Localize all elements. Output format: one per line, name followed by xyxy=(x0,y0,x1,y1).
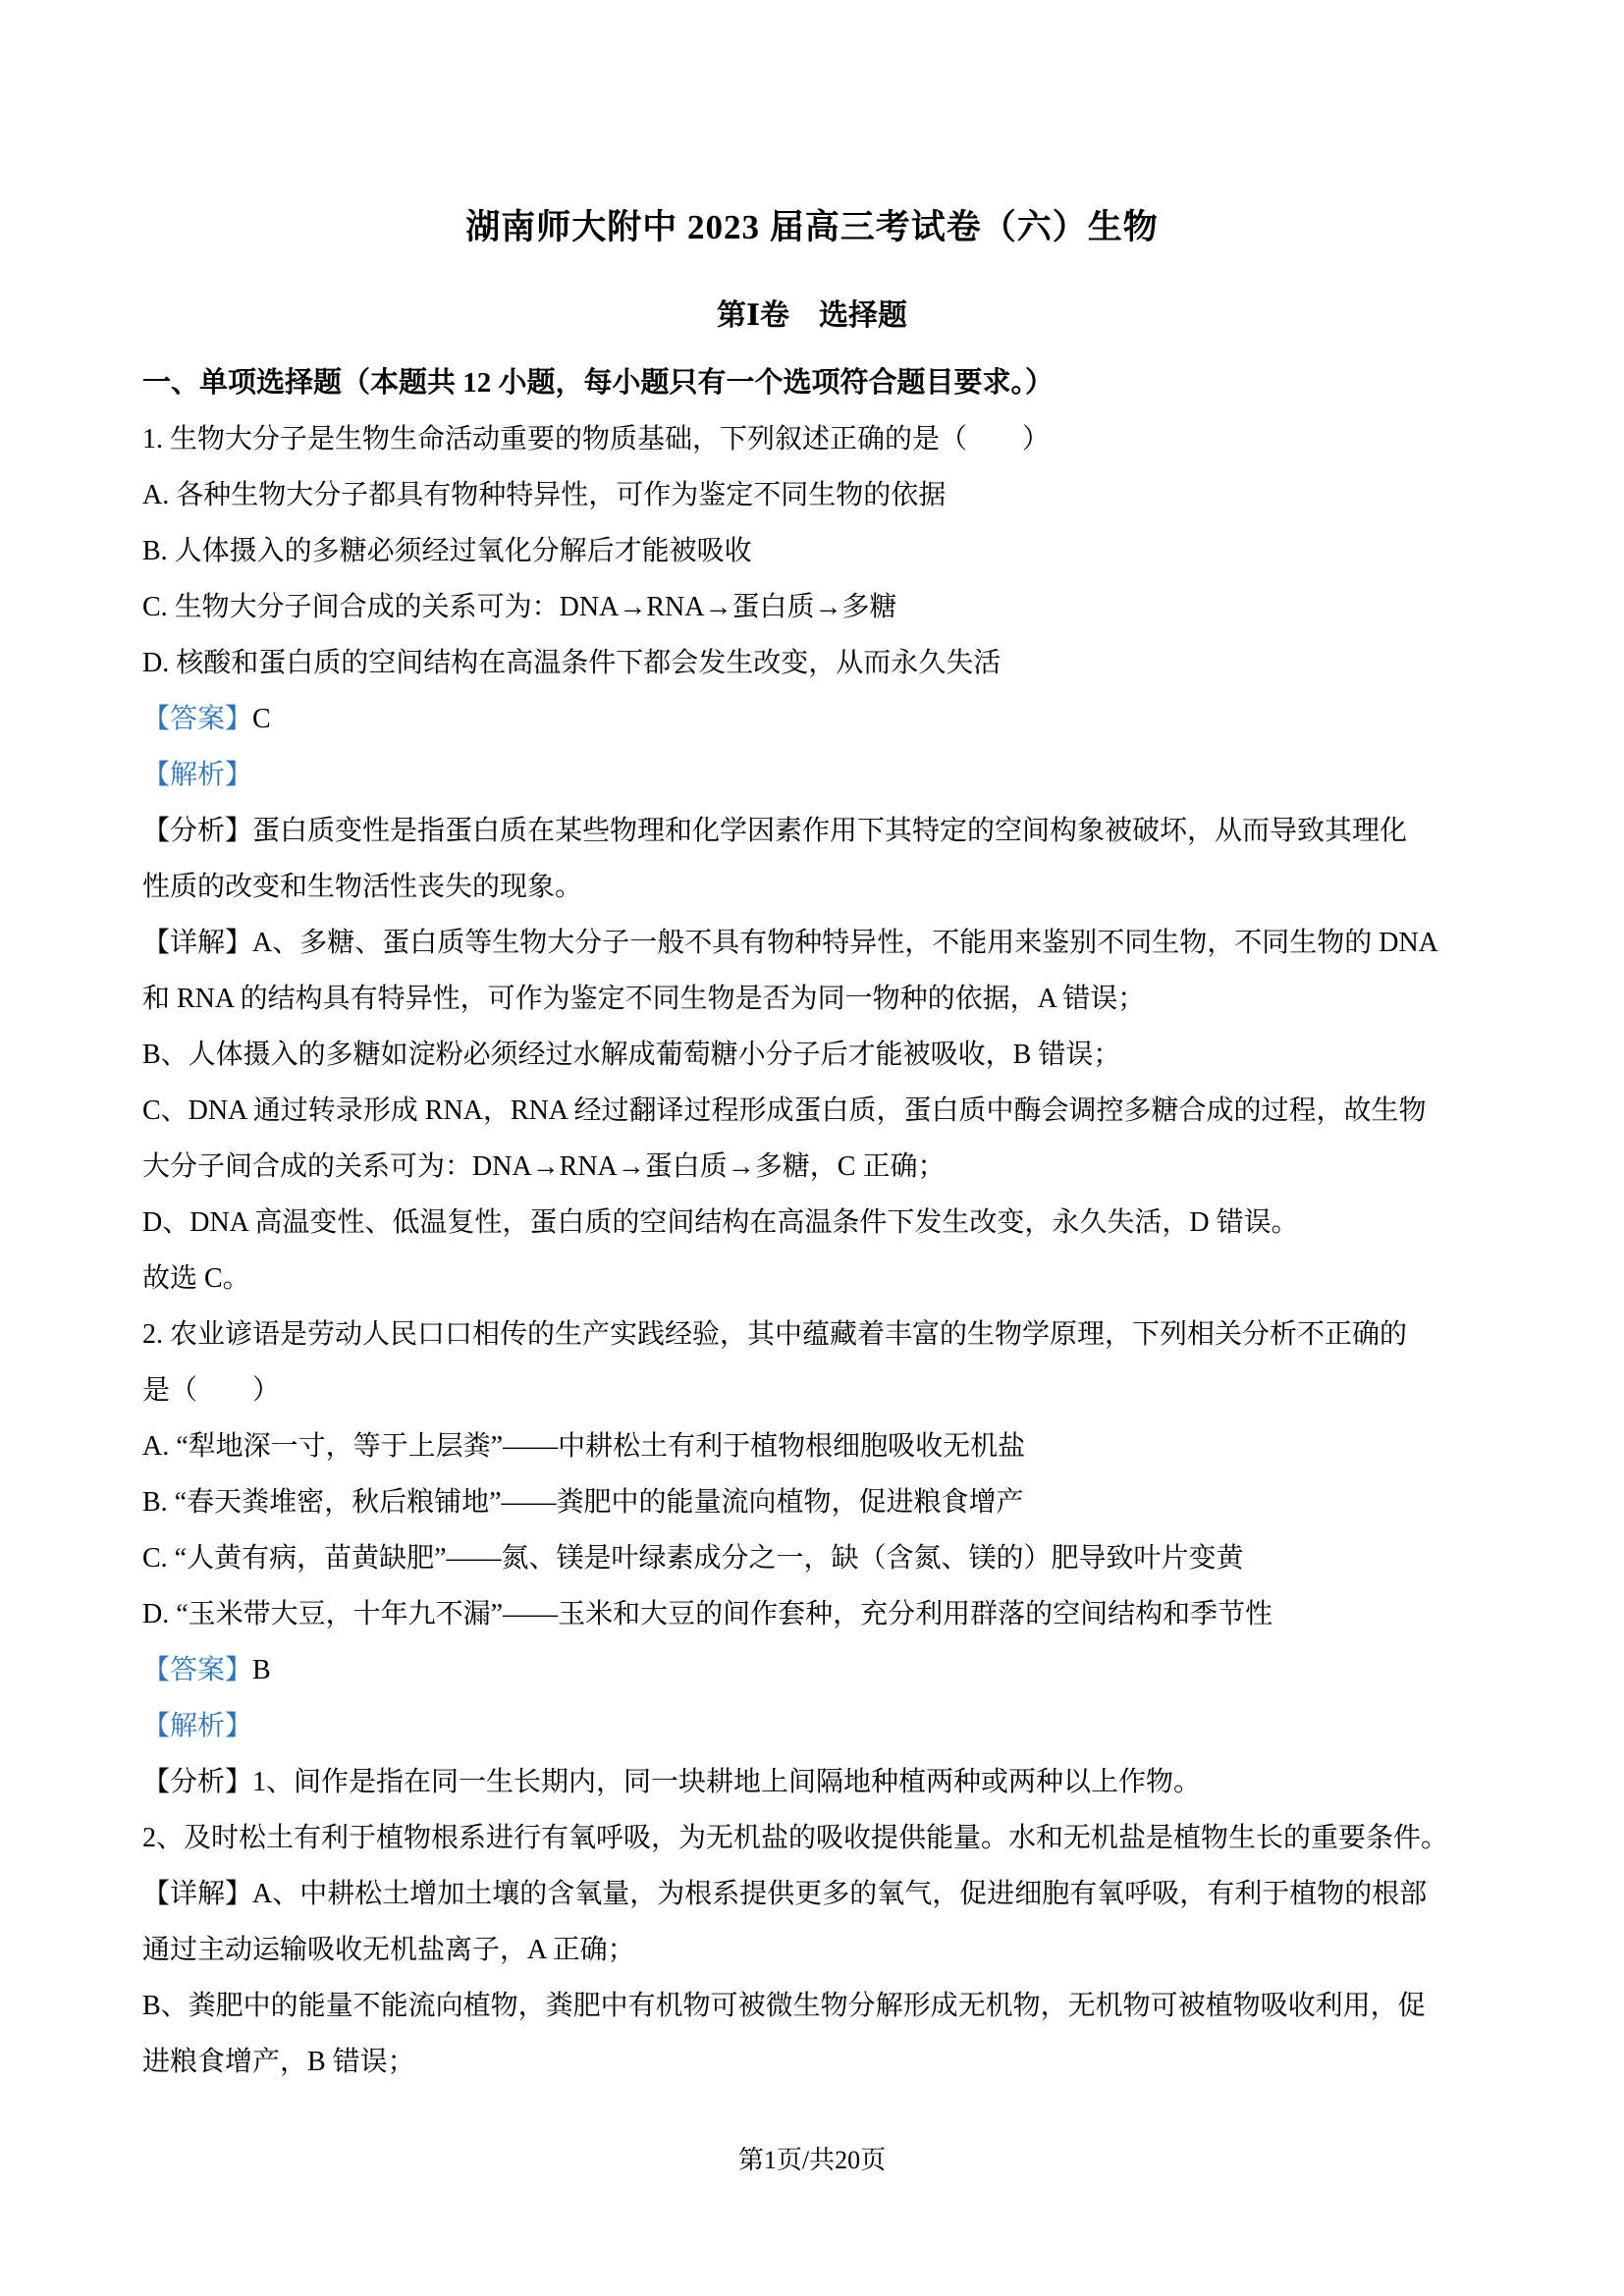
question-stem-continued: 是（ ） xyxy=(142,1362,1516,1418)
line-text: C、DNA 通过转录形成 RNA，RNA 经过翻译过程形成蛋白质，蛋白质中酶会调… xyxy=(142,1095,1427,1126)
line-text: 通过主动运输吸收无机盐离子，A 正确； xyxy=(142,1935,635,1965)
text-line: 【详解】A、多糖、蛋白质等生物大分子一般不具有物种特异性，不能用来鉴别不同生物，… xyxy=(142,915,1516,971)
line-text: 一、单项选择题（本题共 12 小题，每小题只有一个选项符合题目要求。） xyxy=(142,367,1054,399)
line-text: 1. 生物大分子是生物生命活动重要的物质基础，下列叙述正确的是（ ） xyxy=(142,424,1050,454)
text-line: 性质的改变和生物活性丧失的现象。 xyxy=(142,859,1516,915)
option-a: A. “犁地深一寸，等于上层粪”——中耕松土有利于植物根细胞吸收无机盐 xyxy=(142,1418,1516,1474)
exam-paper-page: 湖南师大附中 2023 届高三考试卷（六）生物 第Ⅰ卷 选择题 一、单项选择题（… xyxy=(0,0,1624,2296)
line-text: 【详解】A、多糖、蛋白质等生物大分子一般不具有物种特异性，不能用来鉴别不同生物，… xyxy=(142,928,1438,958)
line-text: B. “春天粪堆密，秋后粮铺地”——粪肥中的能量流向植物，促进粮食增产 xyxy=(142,1487,1024,1518)
answer-value: C xyxy=(252,704,271,734)
option-b: B. 人体摄入的多糖必须经过氧化分解后才能被吸收 xyxy=(142,523,1516,579)
line-text: 性质的改变和生物活性丧失的现象。 xyxy=(142,872,582,902)
analysis-label: 【解析】 xyxy=(142,1711,252,1741)
line-text: 【分析】蛋白质变性是指蛋白质在某些物理和化学因素作用下其特定的空间构象被破坏，从… xyxy=(142,816,1407,846)
section-title: 第Ⅰ卷 选择题 xyxy=(0,291,1624,334)
option-b: B. “春天粪堆密，秋后粮铺地”——粪肥中的能量流向植物，促进粮食增产 xyxy=(142,1474,1516,1530)
text-line: 【分析】蛋白质变性是指蛋白质在某些物理和化学因素作用下其特定的空间构象被破坏，从… xyxy=(142,803,1516,859)
document-body: 一、单项选择题（本题共 12 小题，每小题只有一个选项符合题目要求。） 1. 生… xyxy=(142,355,1516,2090)
option-a: A. 各种生物大分子都具有物种特异性，可作为鉴定不同生物的依据 xyxy=(142,467,1516,523)
line-text: C. “人黄有病，苗黄缺肥”——氮、镁是叶绿素成分之一，缺（含氮、镁的）肥导致叶… xyxy=(142,1543,1244,1574)
line-text: 大分子间合成的关系可为：DNA→RNA→蛋白质→多糖，C 正确； xyxy=(142,1151,945,1182)
question-stem: 2. 农业谚语是劳动人民口口相传的生产实践经验，其中蕴藏着丰富的生物学原理，下列… xyxy=(142,1307,1516,1362)
line-text: 2、及时松土有利于植物根系进行有氧呼吸，为无机盐的吸收提供能量。水和无机盐是植物… xyxy=(142,1823,1448,1853)
question-stem: 1. 生物大分子是生物生命活动重要的物质基础，下列叙述正确的是（ ） xyxy=(142,411,1516,467)
answer-line: 【答案】C xyxy=(142,691,1516,747)
text-line: D、DNA 高温变性、低温复性，蛋白质的空间结构在高温条件下发生改变，永久失活，… xyxy=(142,1195,1516,1251)
line-text: C. 生物大分子间合成的关系可为：DNA→RNA→蛋白质→多糖 xyxy=(142,592,896,622)
text-line: B、粪肥中的能量不能流向植物，粪肥中有机物可被微生物分解形成无机物，无机物可被植… xyxy=(142,1978,1516,2034)
conclusion-line: 故选 C。 xyxy=(142,1251,1516,1307)
text-line: 【分析】1、间作是指在同一生长期内，同一块耕地上间隔地种植两种或两种以上作物。 xyxy=(142,1754,1516,1810)
answer-label: 【答案】 xyxy=(142,1655,252,1685)
text-line: 大分子间合成的关系可为：DNA→RNA→蛋白质→多糖，C 正确； xyxy=(142,1139,1516,1195)
option-c: C. “人黄有病，苗黄缺肥”——氮、镁是叶绿素成分之一，缺（含氮、镁的）肥导致叶… xyxy=(142,1530,1516,1586)
line-text: B、粪肥中的能量不能流向植物，粪肥中有机物可被微生物分解形成无机物，无机物可被植… xyxy=(142,1991,1426,2021)
section-heading: 一、单项选择题（本题共 12 小题，每小题只有一个选项符合题目要求。） xyxy=(142,355,1516,411)
line-text: D、DNA 高温变性、低温复性，蛋白质的空间结构在高温条件下发生改变，永久失活，… xyxy=(142,1207,1299,1238)
line-text: 故选 C。 xyxy=(142,1263,250,1294)
answer-value: B xyxy=(252,1655,271,1685)
analysis-header-line: 【解析】 xyxy=(142,1698,1516,1754)
text-line: 2、及时松土有利于植物根系进行有氧呼吸，为无机盐的吸收提供能量。水和无机盐是植物… xyxy=(142,1810,1516,1866)
page-title: 湖南师大附中 2023 届高三考试卷（六）生物 xyxy=(0,0,1624,249)
text-line: 和 RNA 的结构具有特异性，可作为鉴定不同生物是否为同一物种的依据，A 错误； xyxy=(142,971,1516,1027)
analysis-header-line: 【解析】 xyxy=(142,747,1516,803)
line-text: 【分析】1、间作是指在同一生长期内，同一块耕地上间隔地种植两种或两种以上作物。 xyxy=(142,1767,1201,1797)
text-line: C、DNA 通过转录形成 RNA，RNA 经过翻译过程形成蛋白质，蛋白质中酶会调… xyxy=(142,1083,1516,1139)
text-line: 【详解】A、中耕松土增加土壤的含氧量，为根系提供更多的氧气，促进细胞有氧呼吸，有… xyxy=(142,1866,1516,1922)
text-line: 进粮食增产，B 错误； xyxy=(142,2034,1516,2090)
line-text: D. “玉米带大豆，十年九不漏”——玉米和大豆的间作套种，充分利用群落的空间结构… xyxy=(142,1599,1272,1629)
text-line: 通过主动运输吸收无机盐离子，A 正确； xyxy=(142,1922,1516,1978)
answer-label: 【答案】 xyxy=(142,704,252,734)
answer-line: 【答案】B xyxy=(142,1642,1516,1698)
analysis-label: 【解析】 xyxy=(142,760,252,790)
option-d: D. “玉米带大豆，十年九不漏”——玉米和大豆的间作套种，充分利用群落的空间结构… xyxy=(142,1586,1516,1642)
line-text: 2. 农业谚语是劳动人民口口相传的生产实践经验，其中蕴藏着丰富的生物学原理，下列… xyxy=(142,1319,1407,1350)
page-footer: 第1页/共20页 xyxy=(0,2140,1624,2176)
line-text: B、人体摄入的多糖如淀粉必须经过水解成葡萄糖小分子后才能被吸收，B 错误； xyxy=(142,1040,1120,1070)
option-d: D. 核酸和蛋白质的空间结构在高温条件下都会发生改变，从而永久失活 xyxy=(142,635,1516,691)
line-text: 是（ ） xyxy=(142,1375,280,1406)
text-line: B、人体摄入的多糖如淀粉必须经过水解成葡萄糖小分子后才能被吸收，B 错误； xyxy=(142,1027,1516,1083)
line-text: A. “犁地深一寸，等于上层粪”——中耕松土有利于植物根细胞吸收无机盐 xyxy=(142,1431,1025,1462)
line-text: D. 核酸和蛋白质的空间结构在高温条件下都会发生改变，从而永久失活 xyxy=(142,648,1001,678)
line-text: 和 RNA 的结构具有特异性，可作为鉴定不同生物是否为同一物种的依据，A 错误； xyxy=(142,984,1145,1014)
line-text: 【详解】A、中耕松土增加土壤的含氧量，为根系提供更多的氧气，促进细胞有氧呼吸，有… xyxy=(142,1879,1427,1909)
line-text: 进粮食增产，B 错误； xyxy=(142,2047,415,2077)
line-text: A. 各种生物大分子都具有物种特异性，可作为鉴定不同生物的依据 xyxy=(142,480,946,510)
option-c: C. 生物大分子间合成的关系可为：DNA→RNA→蛋白质→多糖 xyxy=(142,579,1516,635)
line-text: B. 人体摄入的多糖必须经过氧化分解后才能被吸收 xyxy=(142,536,752,566)
